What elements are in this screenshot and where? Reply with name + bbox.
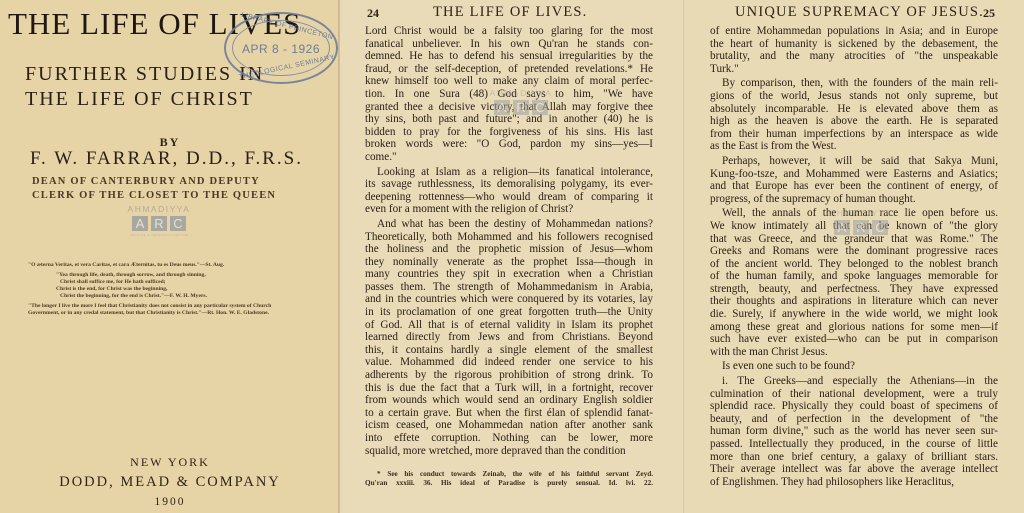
text-line: many countries they spit in execration w…: [365, 268, 653, 281]
verse-line: Christ the beginning, for the end is Chr…: [56, 293, 278, 300]
text-line: And what has been the destiny of Mohamme…: [365, 218, 653, 231]
text-line: into effete corruption. Nothing can be l…: [365, 432, 653, 445]
author-name: F. W. FARRAR, D.D., F.R.S.: [30, 148, 303, 170]
epigraph-gladstone: "The longer I live the more I feel that …: [28, 303, 278, 317]
library-stamp-icon: LIBRARY OF PRINCETON APR 8 - 1926 THEOLO…: [224, 12, 338, 84]
text-line: demned. He has to defend his sensual irr…: [365, 50, 653, 63]
text-line: the heart of humanity is sickened by the…: [710, 38, 998, 51]
text-line: beauty, and of perfection in the develop…: [710, 413, 998, 426]
text-line: passed. Intellectually they produced, in…: [710, 438, 998, 451]
epigraphs: "O æterna Veritas, et vera Caritas, et c…: [28, 262, 278, 320]
text-line: its savage ruthlessness, its demoralisin…: [365, 178, 653, 191]
page-number: 24: [367, 6, 379, 21]
text-line: fraud, or the self-deception, of pretend…: [365, 63, 653, 76]
title-page: THE LIFE OF LIVES FURTHER STUDIES IN THE…: [0, 0, 340, 513]
text-line: Is even one such to be found?: [710, 360, 998, 373]
text-line: from their human imperfections by an int…: [710, 128, 998, 141]
footnote: * See his conduct towards Zeinab, the wi…: [365, 470, 653, 488]
text-line: from wounds which would send an ordinary…: [365, 394, 653, 407]
text-line: this, it contains hardly a single elemen…: [365, 344, 653, 357]
text-line: their thoughts and aspirations in litera…: [710, 295, 998, 308]
text-line: with the man Christ Jesus.: [710, 346, 998, 359]
running-head: THE LIFE OF LIVES.: [433, 4, 588, 21]
text-line: learned directly from Jews and from Chri…: [365, 331, 653, 344]
watermark-letter: C: [872, 220, 888, 235]
page-number: 25: [983, 6, 995, 21]
watermark-logo: A R C: [815, 220, 907, 235]
text-line: the holiness and the prophetic mission o…: [365, 243, 653, 256]
imprint-city: NEW YORK: [0, 455, 340, 470]
text-line: deepening rottenness—who would dream of …: [365, 191, 653, 204]
author-office-line: DEAN OF CANTERBURY AND DEPUTY: [32, 176, 260, 187]
text-line: broken words were: "O God, pardon my sin…: [365, 138, 653, 151]
arc-watermark: AHMADIYYA A R C: [815, 208, 907, 235]
text-line: splendid race. Physically they could boa…: [710, 400, 998, 413]
verse-line: "Yea through life, death, through sorrow…: [56, 272, 278, 279]
verse-line: Christ is the end, for Christ was the be…: [56, 286, 278, 293]
text-line: * See his conduct towards Zeinab, the wi…: [365, 470, 653, 479]
text-line: Qu'ran xxxiii. 36. His ideal of Paradise…: [365, 479, 653, 488]
text-line: as the East is from the West.: [710, 140, 998, 153]
text-line: Greeks and Romans were the dominant prog…: [710, 245, 998, 258]
text-line: to a certain grave. But when the first é…: [365, 407, 653, 420]
watermark-subtext: ARCHIVE & RESEARCH CENTRE: [113, 233, 205, 237]
epigraph-augustine: "O æterna Veritas, et vera Caritas, et c…: [28, 262, 278, 269]
text-line: culmination of their national developmen…: [710, 388, 998, 401]
text-line: adherents by the rigorous prohibition of…: [365, 369, 653, 382]
text-line: this is due the fact that a Turk will, i…: [365, 382, 653, 395]
text-line: such have ever existed—who can be put in…: [710, 333, 998, 346]
text-line: Perhaps, however, it will be said that S…: [710, 155, 998, 168]
text-line: icism ceased, one Mohammedan nation afte…: [365, 419, 653, 432]
verse-line: Christ shall suffice me, for He hath suf…: [56, 279, 278, 286]
page-25: UNIQUE SUPREMACY OF JESUS. 25 of entire …: [685, 0, 1024, 513]
watermark-text: AHMADIYYA: [475, 88, 567, 98]
text-line: even for a moment with the religion of C…: [365, 203, 653, 216]
text-line: die. Surely, if anywhere in the wide wor…: [710, 308, 998, 321]
text-line: come.": [365, 151, 653, 164]
stamp-date: APR 8 - 1926: [226, 42, 336, 56]
text-line: Looking at Islam as a religion—its fanat…: [365, 166, 653, 179]
imprint-publisher: DODD, MEAD & COMPANY: [0, 474, 340, 491]
text-line: of entire Mohammedan populations in Asia…: [710, 25, 998, 38]
watermark-text: AHMADIYYA: [815, 208, 907, 218]
watermark-letter: R: [513, 100, 529, 115]
text-line: of God. All that is of eternal validity …: [365, 319, 653, 332]
text-line: Their average intellect was far above th…: [710, 463, 998, 476]
arc-watermark: AHMADIYYA A R C: [475, 88, 567, 115]
text-line: in its proclamation of one great forgott…: [365, 306, 653, 319]
text-line: passes them. The strength of Mohammedani…: [365, 281, 653, 294]
subtitle-line: FURTHER STUDIES IN: [25, 62, 264, 87]
watermark-letter: R: [151, 216, 167, 231]
text-line: progress, of the supremacy of human thou…: [710, 193, 998, 206]
watermark-letter: C: [532, 100, 548, 115]
text-line: Turk.": [710, 63, 998, 76]
text-line: knew himself too well to make any claim …: [365, 75, 653, 88]
text-line: i. The Greeks—and especially the Athenia…: [710, 375, 998, 388]
text-line: they nominally venerate as the prophet I…: [365, 256, 653, 269]
text-line: fanatical unbeliever. In his own Qu'ran …: [365, 38, 653, 51]
author-office-line: CLERK OF THE CLOSET TO THE QUEEN: [32, 190, 276, 201]
text-line: squalid, more wretched, more depraved th…: [365, 445, 653, 458]
text-line: gions of the world, Jesus stands not onl…: [710, 90, 998, 103]
text-line: among these great and glorious nations f…: [710, 321, 998, 334]
text-line: Lord Christ would be a falsity too glari…: [365, 25, 653, 38]
running-head: UNIQUE SUPREMACY OF JESUS.: [735, 4, 984, 21]
book-subtitle: FURTHER STUDIES IN THE LIFE OF CHRIST: [25, 62, 264, 112]
watermark-letter: A: [834, 220, 850, 235]
arc-watermark: AHMADIYYA A R C ARCHIVE & RESEARCH CENTR…: [113, 204, 205, 237]
text-line: Theoretically, both Mohammed and his fol…: [365, 231, 653, 244]
imprint-year: 1900: [0, 496, 340, 508]
text-line: By comparison, then, with the founders o…: [710, 77, 998, 90]
text-line: of Englishmen. They had philosophers lik…: [710, 476, 998, 489]
page-body-text: of entire Mohammedan populations in Asia…: [710, 25, 998, 488]
text-line: of the human family, and spoke languages…: [710, 270, 998, 283]
text-line: value. Mohammed did indeed render one se…: [365, 356, 653, 369]
watermark-logo: A R C: [113, 216, 205, 231]
text-line: more than one brief century, a galaxy of…: [710, 451, 998, 464]
watermark-letter: A: [494, 100, 510, 115]
text-line: absolutely incomparable. He is elevated …: [710, 103, 998, 116]
watermark-letter: C: [170, 216, 186, 231]
watermark-letter: A: [132, 216, 148, 231]
text-line: and that Europe has ever been the contin…: [710, 180, 998, 193]
watermark-logo: A R C: [475, 100, 567, 115]
watermark-text: AHMADIYYA: [113, 204, 205, 214]
text-line: and in the countries which were conquere…: [365, 293, 653, 306]
epigraph-myers: "Yea through life, death, through sorrow…: [28, 272, 278, 300]
text-line: thy sins, both past and future"; and in …: [365, 113, 653, 126]
text-line: bidden to pray for the forgiveness of hi…: [365, 126, 653, 139]
text-line: brutality, and the many atrocities of "t…: [710, 50, 998, 63]
page-24: 24 THE LIFE OF LIVES. Lord Christ would …: [340, 0, 685, 513]
text-line: high as the heaven is above the earth. H…: [710, 115, 998, 128]
text-line: Kung-foo-tsze, and Mohammed were Eastern…: [710, 168, 998, 181]
watermark-letter: R: [853, 220, 869, 235]
text-line: human form divine," such as the world ha…: [710, 425, 998, 438]
text-line: of the ancient world. They belonged to t…: [710, 258, 998, 271]
subtitle-line: THE LIFE OF CHRIST: [25, 87, 264, 112]
text-line: strength, beauty, and perfectness. They …: [710, 283, 998, 296]
